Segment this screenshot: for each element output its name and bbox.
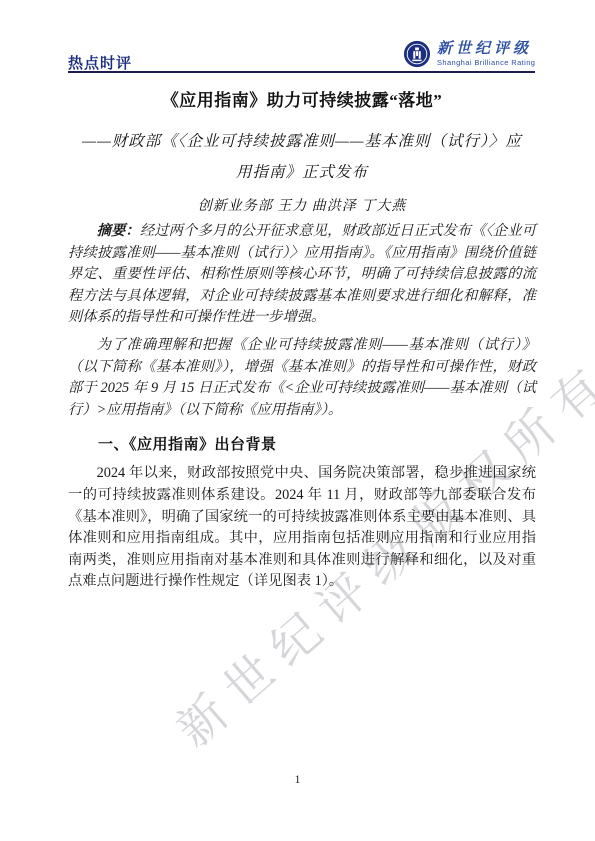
document-page: 新世纪评级版权所有 热点时评 新世纪评级 Shanghai Brilliance… xyxy=(0,0,595,841)
abstract-label: 摘要： xyxy=(97,223,140,239)
logo-cn-name: 新世纪评级 xyxy=(437,41,535,58)
header-divider xyxy=(68,71,535,73)
abstract-paragraph: 摘要：经过两个多月的公开征求意见，财政部近日正式发布《〈企业可持续披露准则——基… xyxy=(68,221,536,329)
logo-en-name: Shanghai Brilliance Rating xyxy=(437,59,535,67)
intro-paragraph: 为了准确理解和把握《企业可持续披露准则——基本准则（试行）》（以下简称《基本准则… xyxy=(68,335,536,421)
brilliance-logo-icon xyxy=(403,40,431,68)
page-title: 《应用指南》助力可持续披露“落地” xyxy=(68,86,536,111)
column-label: 热点时评 xyxy=(68,52,132,73)
document-content: 《应用指南》助力可持续披露“落地” ——财政部《〈企业可持续披露准则——基本准则… xyxy=(68,86,536,593)
brand-logo: 新世纪评级 Shanghai Brilliance Rating xyxy=(403,40,535,68)
section-1-heading: 一、《应用指南》出台背景 xyxy=(68,433,536,454)
section-1-paragraph: 2024 年以来，财政部按照党中央、国务院决策部署，稳步推进国家统一的可持续披露… xyxy=(68,463,536,593)
page-subtitle: ——财政部《〈企业可持续披露准则——基本准则（试行）〉应用指南》正式发布 xyxy=(76,126,528,188)
page-number: 1 xyxy=(0,774,595,786)
authors-line: 创新业务部 王力 曲洪泽 丁大燕 xyxy=(68,195,536,215)
logo-text: 新世纪评级 Shanghai Brilliance Rating xyxy=(437,41,535,68)
